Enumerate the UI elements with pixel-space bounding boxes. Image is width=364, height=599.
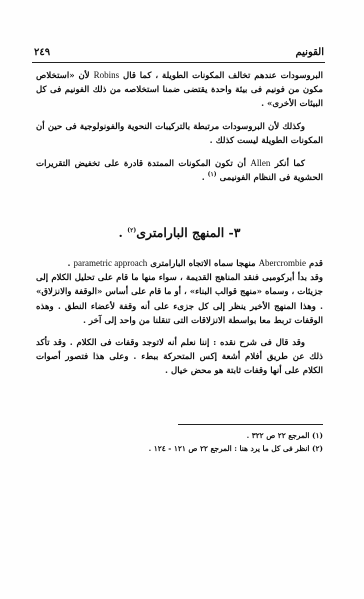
latin-name-abercrombie: Abercrombie [259, 258, 306, 268]
paragraph-text: وقد قال فى شرح نقده : إننا نعلم أنه لاتو… [36, 338, 323, 376]
footnote-1: (١) المرجع ٢٢ ص ٣٢٢ . [100, 429, 323, 442]
paragraph-robins: البروسودات عندهم تخالف المكونات الطويلة … [36, 68, 323, 112]
paragraph-text: منهجا سماه الاتجاه البارامترى [150, 259, 255, 269]
footnotes: (١) المرجع ٢٢ ص ٣٢٢ . (٢) انظر فى كل ما … [100, 429, 323, 455]
paragraph-text: البروسودات عندهم تخالف المكونات الطويلة … [123, 71, 323, 81]
section-1-body: البروسودات عندهم تخالف المكونات الطويلة … [36, 68, 323, 185]
running-title: القونيم [295, 47, 324, 58]
latin-name-allen: Allen [250, 158, 270, 168]
footnote-marker: (١) [312, 431, 323, 440]
page-number: ٢٤٩ [34, 47, 50, 58]
footnote-separator [178, 424, 323, 425]
paragraph-xray: وقد قال فى شرح نقده : إننا نعلم أنه لاتو… [36, 336, 323, 379]
paragraph-text: كما أنكر [275, 159, 305, 169]
footnote-text: انظر فى كل ما يرد هنا : المرجع ٢٢ ص ١٢١ … [149, 444, 310, 453]
footnote-2: (٢) انظر فى كل ما يرد هنا : المرجع ٢٢ ص … [100, 442, 323, 455]
paragraph-end: . [67, 259, 70, 269]
running-header: ٢٤٩ القونيم [34, 44, 324, 60]
footnote-text: المرجع ٢٢ ص ٣٢٢ . [247, 431, 310, 440]
latin-name-robins: Robins [94, 70, 120, 80]
paragraph-text: قدم [309, 259, 323, 269]
paragraph-text: وقد بدأ أبركومبى فنقد المناهج القديمة ، … [36, 273, 323, 326]
paragraph-text: وكذلك لأن البروسودات مرتبطة بالتركيبات ا… [36, 122, 323, 146]
section-heading-end: . [119, 225, 128, 240]
section-heading-text: ٣- المنهج البارامترى [136, 225, 240, 240]
book-page: ٢٤٩ القونيم البروسودات عندهم تخالف المكو… [0, 0, 364, 599]
section-heading: ٣- المنهج البارامترى(٢) . [36, 225, 323, 240]
header-rule [32, 62, 325, 63]
paragraph-prosodies: وكذلك لأن البروسودات مرتبطة بالتركيبات ا… [36, 120, 323, 148]
latin-term-parametric: parametric approach [73, 258, 147, 268]
section-2-body: قدم Abercrombie منهجا سماه الاتجاه البار… [36, 256, 323, 379]
paragraph-abercrombie: قدم Abercrombie منهجا سماه الاتجاه البار… [36, 256, 323, 271]
footnote-marker: (٢) [312, 444, 323, 453]
footnote-ref-2: (٢) [127, 227, 136, 234]
footnote-ref-1: (١) [208, 171, 217, 178]
paragraph-allen: كما أنكر Allen أن تكون المكونات الممتدة … [36, 156, 323, 185]
paragraph-critique: وقد بدأ أبركومبى فنقد المناهج القديمة ، … [36, 271, 323, 328]
